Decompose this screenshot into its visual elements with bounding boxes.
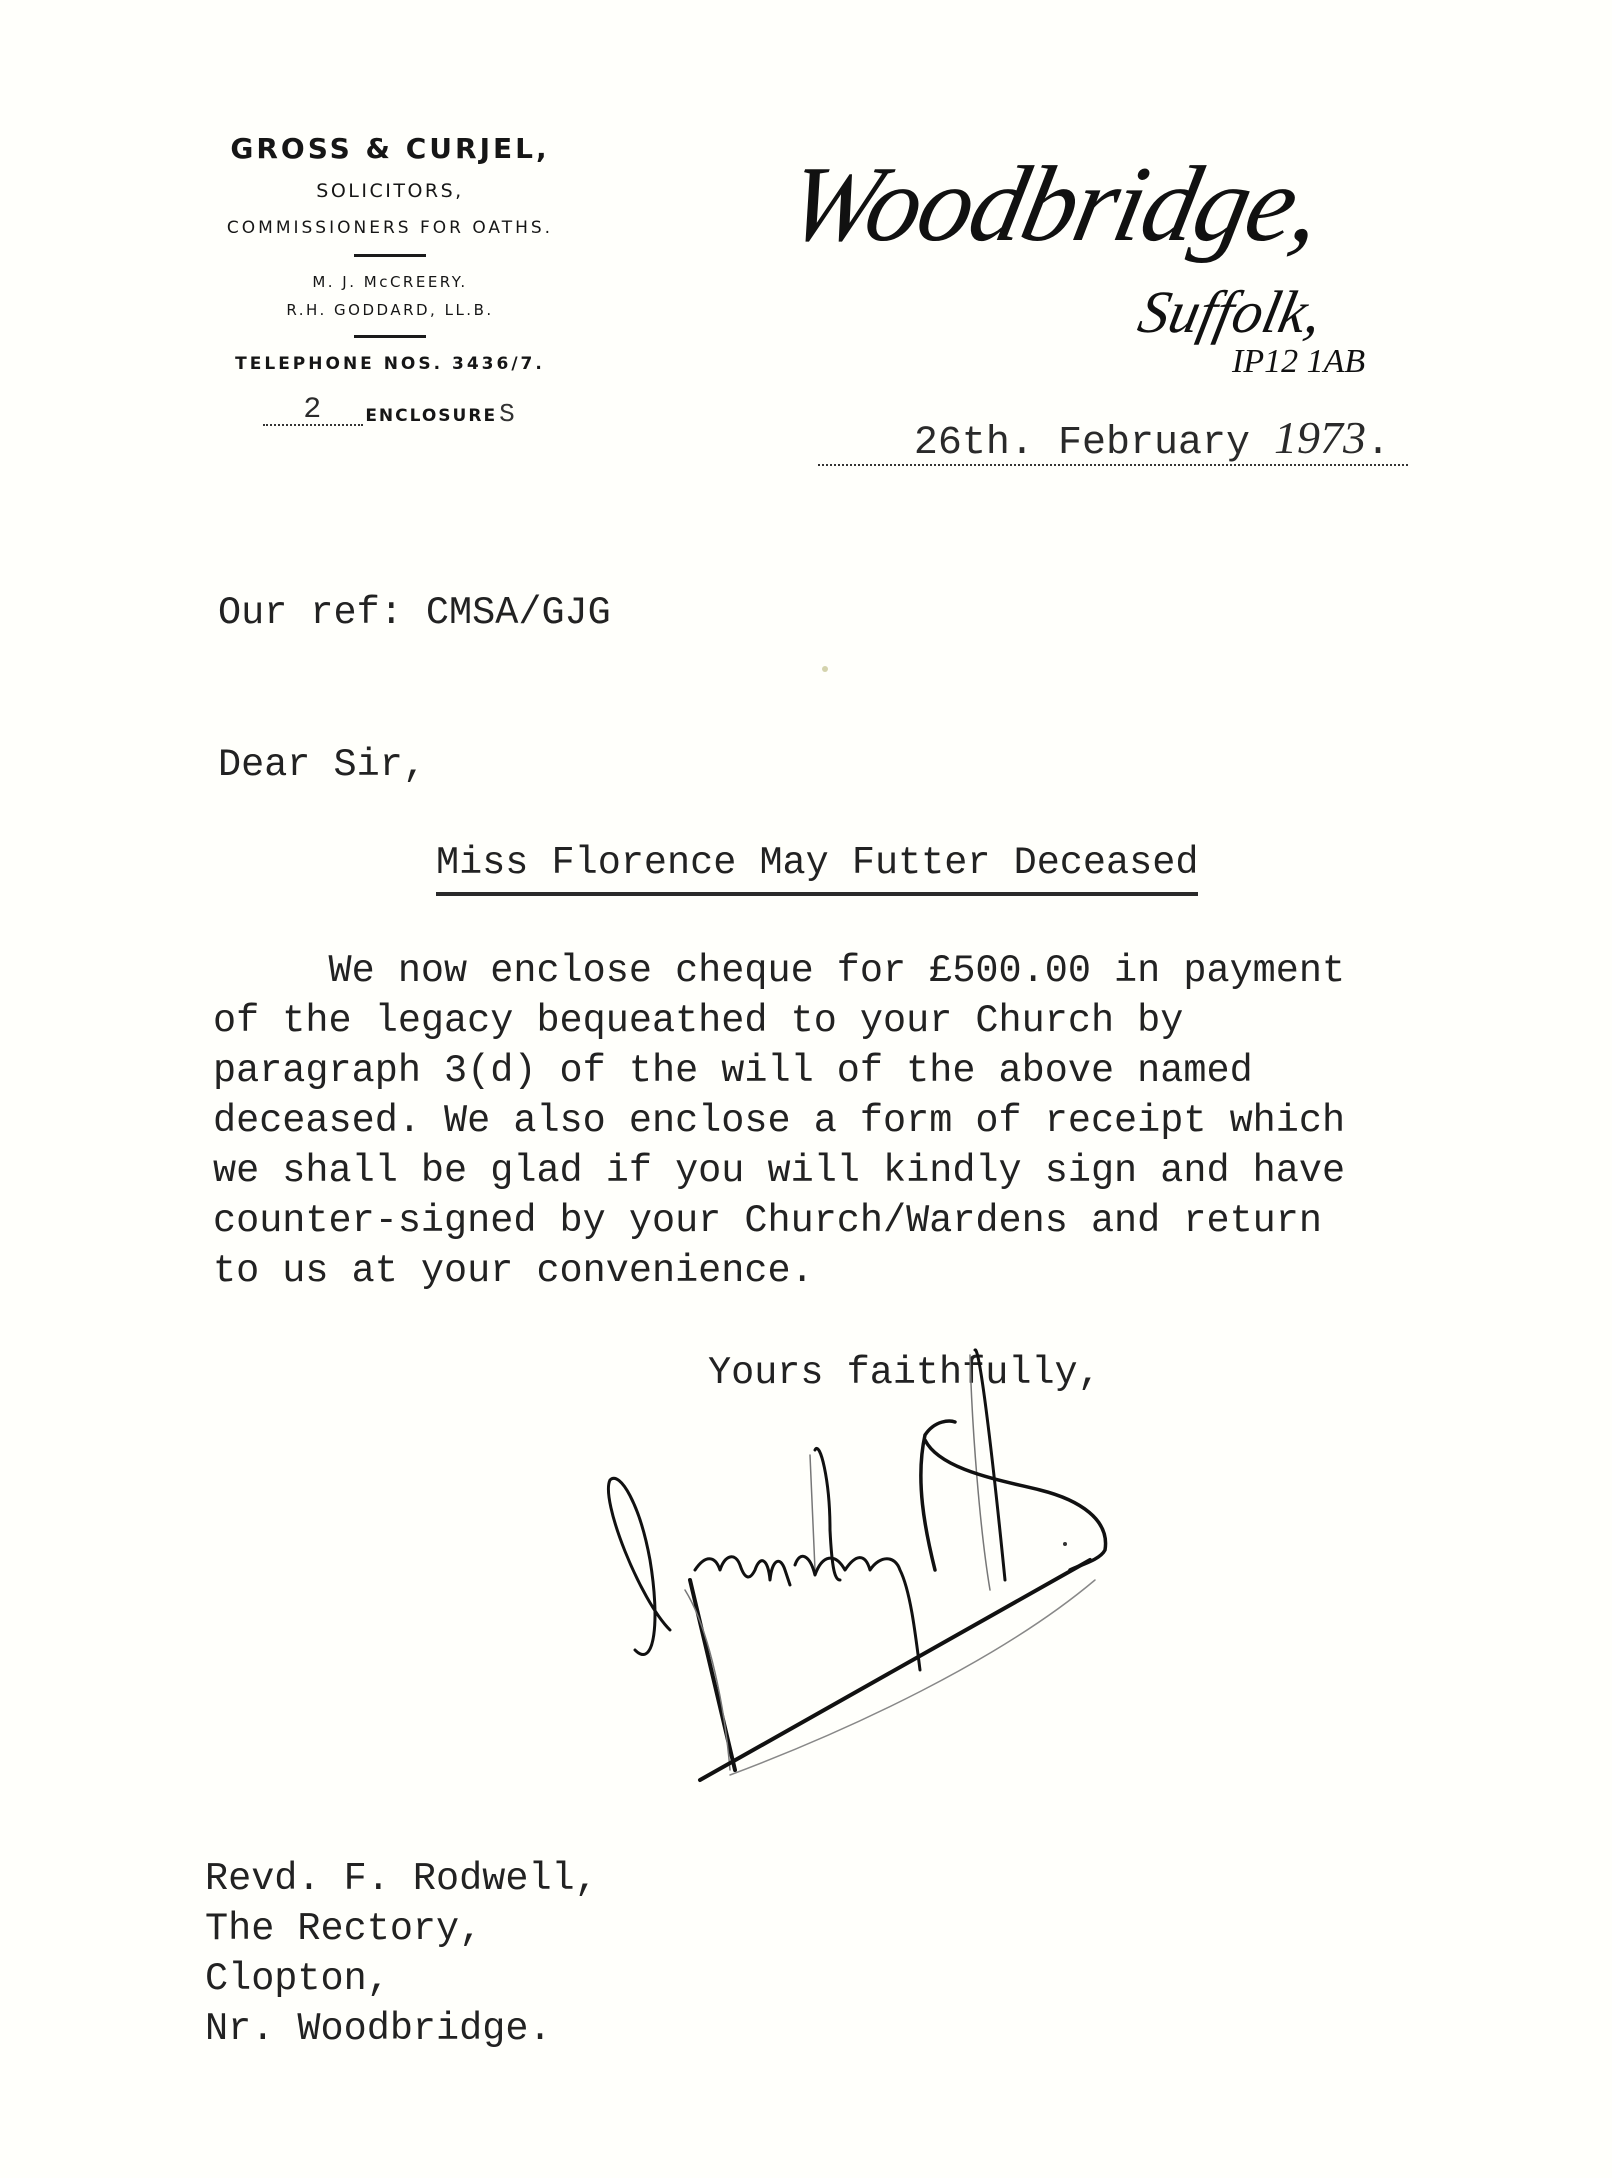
letter-date: 26th. February 1973. (818, 410, 1408, 466)
body-line: to us at your convenience. (213, 1246, 1513, 1296)
signature-icon (600, 1330, 1440, 1790)
firm-commission: COMMISSIONERS FOR OATHS. (160, 216, 620, 240)
partner-name: M. J. McCREERY. (160, 271, 620, 293)
address-line: Nr. Woodbridge. (205, 2004, 598, 2054)
firm-profession: SOLICITORS, (160, 178, 620, 204)
recipient-address: Revd. F. Rodwell, The Rectory, Clopton, … (205, 1854, 598, 2054)
address-line: Revd. F. Rodwell, (205, 1854, 598, 1904)
telephone-numbers: TELEPHONE NOS. 3436/7. (160, 352, 620, 376)
enclosures-field: 2 ENCLOSURE S (160, 396, 620, 426)
address-line: The Rectory, (205, 1904, 598, 1954)
letter-page: GROSS & CURJEL, SOLICITORS, COMMISSIONER… (0, 0, 1612, 2178)
date-period: . (1366, 421, 1390, 466)
body-line: paragraph 3(d) of the will of the above … (213, 1046, 1513, 1096)
divider (354, 254, 426, 257)
enclosure-count: 2 (263, 396, 363, 426)
divider (354, 335, 426, 338)
enclosure-suffix: S (499, 402, 517, 426)
letterhead-county: Suffolk, (1134, 282, 1328, 342)
enclosure-label: ENCLOSURE (365, 406, 497, 426)
body-line: We now enclose cheque for £500.00 in pay… (213, 946, 1513, 996)
our-reference: Our ref: CMSA/GJG (218, 588, 611, 638)
address-line: Clopton, (205, 1954, 598, 2004)
letterhead-postcode: IP12 1AB (1232, 344, 1365, 380)
paper-mark (822, 666, 828, 672)
subject-heading: Miss Florence May Futter Deceased (436, 838, 1198, 896)
body-line: counter-signed by your Church/Wardens an… (213, 1196, 1513, 1246)
date-year: 1973 (1274, 412, 1366, 463)
body-line: of the legacy bequeathed to your Church … (213, 996, 1513, 1046)
firm-name: GROSS & CURJEL, (160, 132, 620, 166)
letterhead-firm-block: GROSS & CURJEL, SOLICITORS, COMMISSIONER… (160, 132, 620, 426)
salutation: Dear Sir, (218, 740, 426, 790)
letter-body: We now enclose cheque for £500.00 in pay… (213, 946, 1513, 1296)
date-day-month: 26th. February (914, 421, 1274, 466)
letterhead-town: Woodbridge, (778, 150, 1330, 260)
partner-name: R.H. GODDARD, LL.B. (160, 299, 620, 321)
body-line: deceased. We also enclose a form of rece… (213, 1096, 1513, 1146)
body-line: we shall be glad if you will kindly sign… (213, 1146, 1513, 1196)
